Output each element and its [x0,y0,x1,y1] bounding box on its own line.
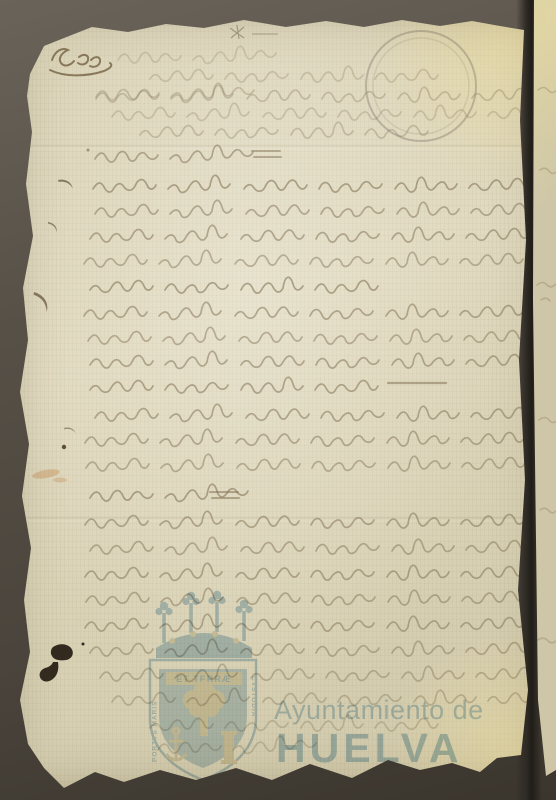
ink-blot [19,641,85,682]
watermark-city-text: HUELVA [276,725,462,771]
stain [32,149,90,483]
opening-flourish [50,49,111,75]
crest-left-text: PORTVS MARIS [152,701,159,762]
huelva-watermark: ET TERRÆ [150,591,484,780]
crest-right-text: CVSTODIA [250,676,257,717]
top-margin-mark [230,25,278,39]
margin-marks [31,176,75,437]
manuscript-page: ET TERRÆ [0,0,556,800]
handwriting-text [50,46,551,753]
round-stamp [366,31,476,141]
watermark-org-text: Ayuntamiento de [274,695,484,725]
photo-backdrop: ET TERRÆ [0,0,556,800]
